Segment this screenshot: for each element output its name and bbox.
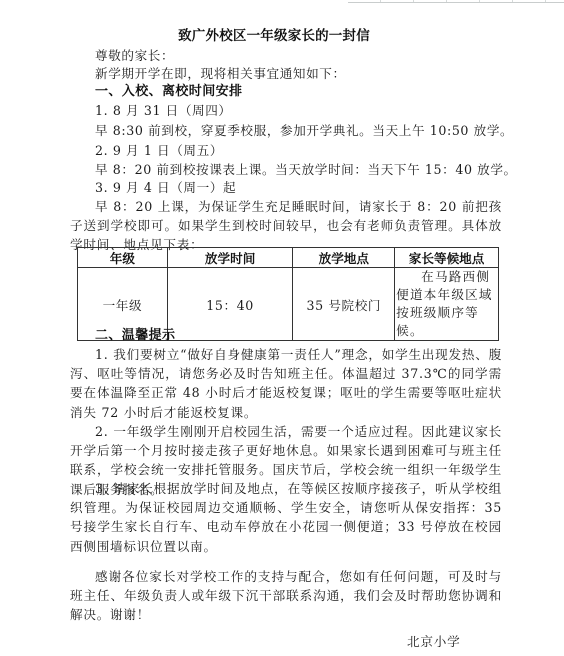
item1-date: 1. 8 月 31 日（周四） [95, 101, 232, 120]
header-parent-waiting-area: 家长等候地点 [395, 248, 499, 268]
cell-parent-waiting-area: 在马路西侧便道本年级区域按班级顺序等候。 [395, 268, 499, 341]
header-grade: 年级 [78, 248, 168, 268]
item2-date: 2. 9 月 1 日（周五） [95, 141, 223, 160]
signature-school-name: 北京小学 [407, 631, 461, 650]
salutation: 尊敬的家长： [95, 46, 174, 65]
header-dismissal-time: 放学时间 [167, 248, 293, 268]
tip-paragraph-3: 3. 请家长根据放学时间及地点，在等候区按顺序接孩子，听从学校组织管理。为保证校… [70, 479, 502, 556]
section1-heading: 一、入校、离校时间安排 [95, 82, 242, 101]
letter-document: 致广外校区一年级家长的一封信 尊敬的家长： 新学期开学在即，现将相关事宜通知如下… [0, 0, 564, 656]
intro-text: 新学期开学在即，现将相关事宜通知如下： [95, 64, 346, 83]
item3-text: 早 8：20 上课，为保证学生充足睡眠时间，请家长于 8：20 前把孩子送到学校… [70, 197, 502, 255]
section2-heading: 二、温馨提示 [95, 326, 175, 345]
header-dismissal-location: 放学地点 [293, 248, 395, 268]
item1-text: 早 8:30 前到校，穿夏季校服，参加开学典礼。当天上午 10:50 放学。 [95, 121, 513, 140]
item2-text: 早 8：20 前到校按课表上课。当天放学时间：当天下午 15：40 放学。 [95, 160, 517, 179]
closing-paragraph: 感谢各位家长对学校工作的支持与配合，您如有任何问题，可及时与班主任、年级负责人或… [70, 567, 502, 625]
letter-title: 致广外校区一年级家长的一封信 [0, 24, 548, 44]
cell-dismissal-location: 35 号院校门 [293, 268, 395, 341]
cell-dismissal-time: 15：40 [167, 268, 293, 341]
item3-date: 3. 9 月 4 日（周一）起 [95, 178, 236, 197]
table-header-row: 年级 放学时间 放学地点 家长等候地点 [78, 248, 499, 268]
tip-paragraph-1: 1. 我们要树立“做好自身健康第一责任人”理念，如学生出现发热、腹泻、呕吐等情况… [70, 345, 502, 422]
